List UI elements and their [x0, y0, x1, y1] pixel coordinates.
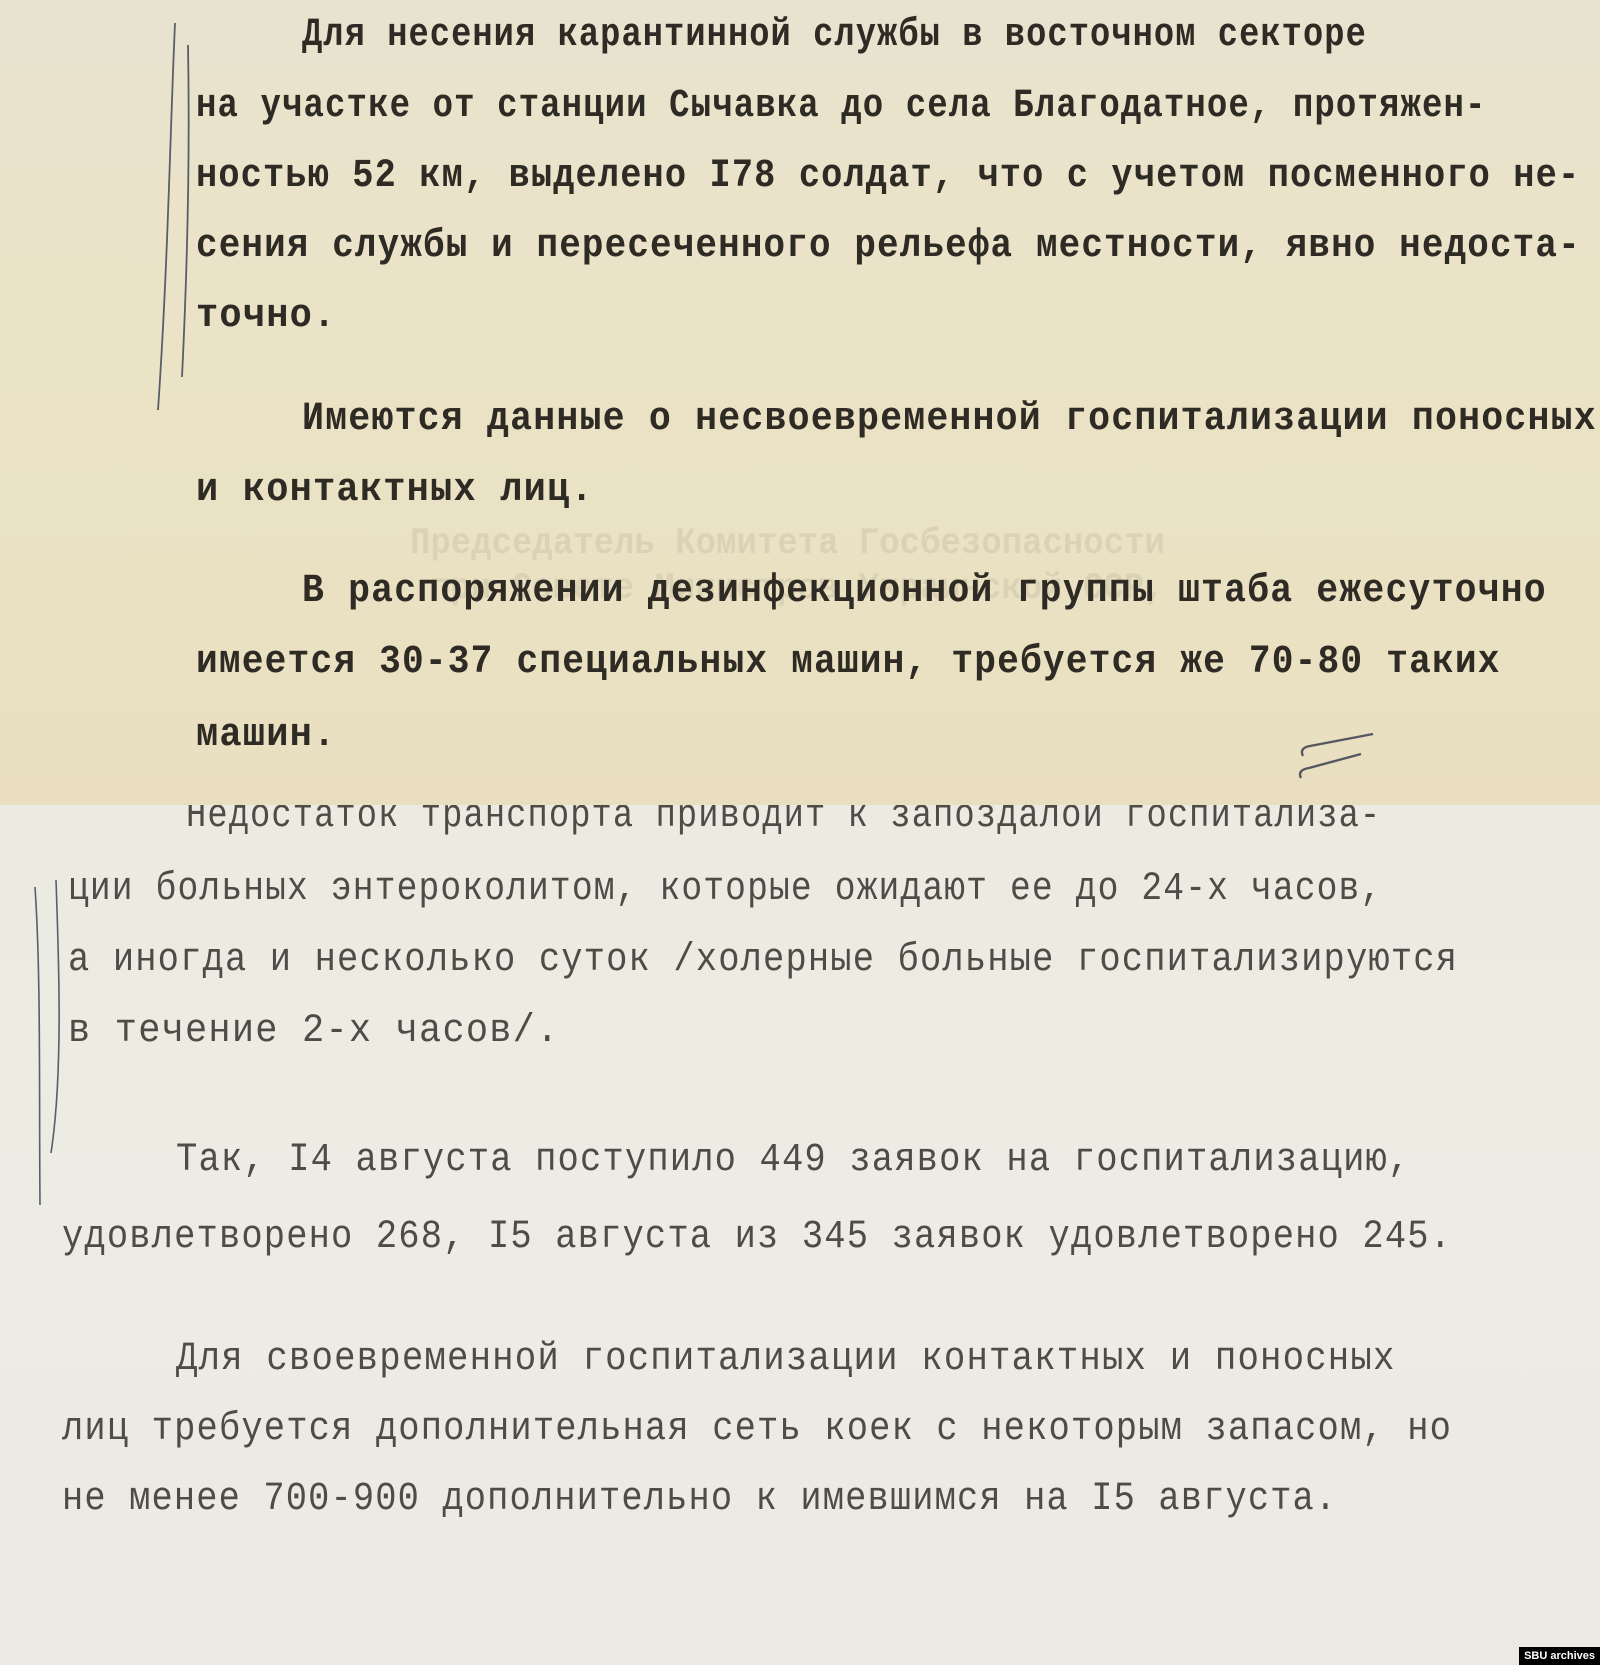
- text-line: а иногда и несколько суток /холерные бол…: [68, 941, 1458, 981]
- text-line: в течение 2-х часов/.: [68, 1012, 559, 1052]
- document-page-bottom: Недостаток транспорта приводит к запозда…: [0, 805, 1600, 1665]
- text-line: Имеются данные о несвоевременной госпита…: [302, 400, 1597, 440]
- text-line: лиц требуется дополнительная сеть коек с…: [62, 1410, 1452, 1450]
- text-line: машин.: [196, 716, 336, 756]
- text-line: Для своевременной госпитализации контакт…: [176, 1340, 1396, 1380]
- document-page-top: Председатель Комитета Госбезопасности пр…: [0, 0, 1600, 805]
- text-line: Для несения карантинной службы в восточн…: [302, 16, 1367, 56]
- text-line: и контактных лиц.: [196, 471, 594, 511]
- text-line: ностью 52 км, выделено I78 солдат, что с…: [196, 157, 1580, 197]
- text-line: Недостаток транспорта приводит к запозда…: [186, 805, 1381, 837]
- bleed-through-text: Председатель Комитета Госбезопасности: [410, 523, 1165, 565]
- text-line: на участке от станции Сычавка до села Бл…: [196, 87, 1486, 127]
- text-line: не менее 700-900 дополнительно к имевшим…: [62, 1480, 1337, 1520]
- text-line: Так, I4 августа поступило 449 заявок на …: [176, 1141, 1410, 1181]
- text-line: удовлетворено 268, I5 августа из 345 зая…: [62, 1218, 1452, 1258]
- text-line: ции больных энтероколитом, которые ожида…: [68, 870, 1382, 910]
- text-line: точно.: [196, 297, 336, 337]
- text-line: В распоряжении дезинфекционной группы шт…: [302, 572, 1547, 612]
- source-watermark: SBU archives: [1519, 1647, 1600, 1665]
- text-line: сения службы и пересеченного рельефа мес…: [196, 227, 1581, 267]
- handwritten-equals-mark: [1295, 730, 1385, 790]
- margin-bracket-mark: [140, 15, 200, 435]
- text-line: имеется 30-37 специальных машин, требует…: [196, 643, 1501, 683]
